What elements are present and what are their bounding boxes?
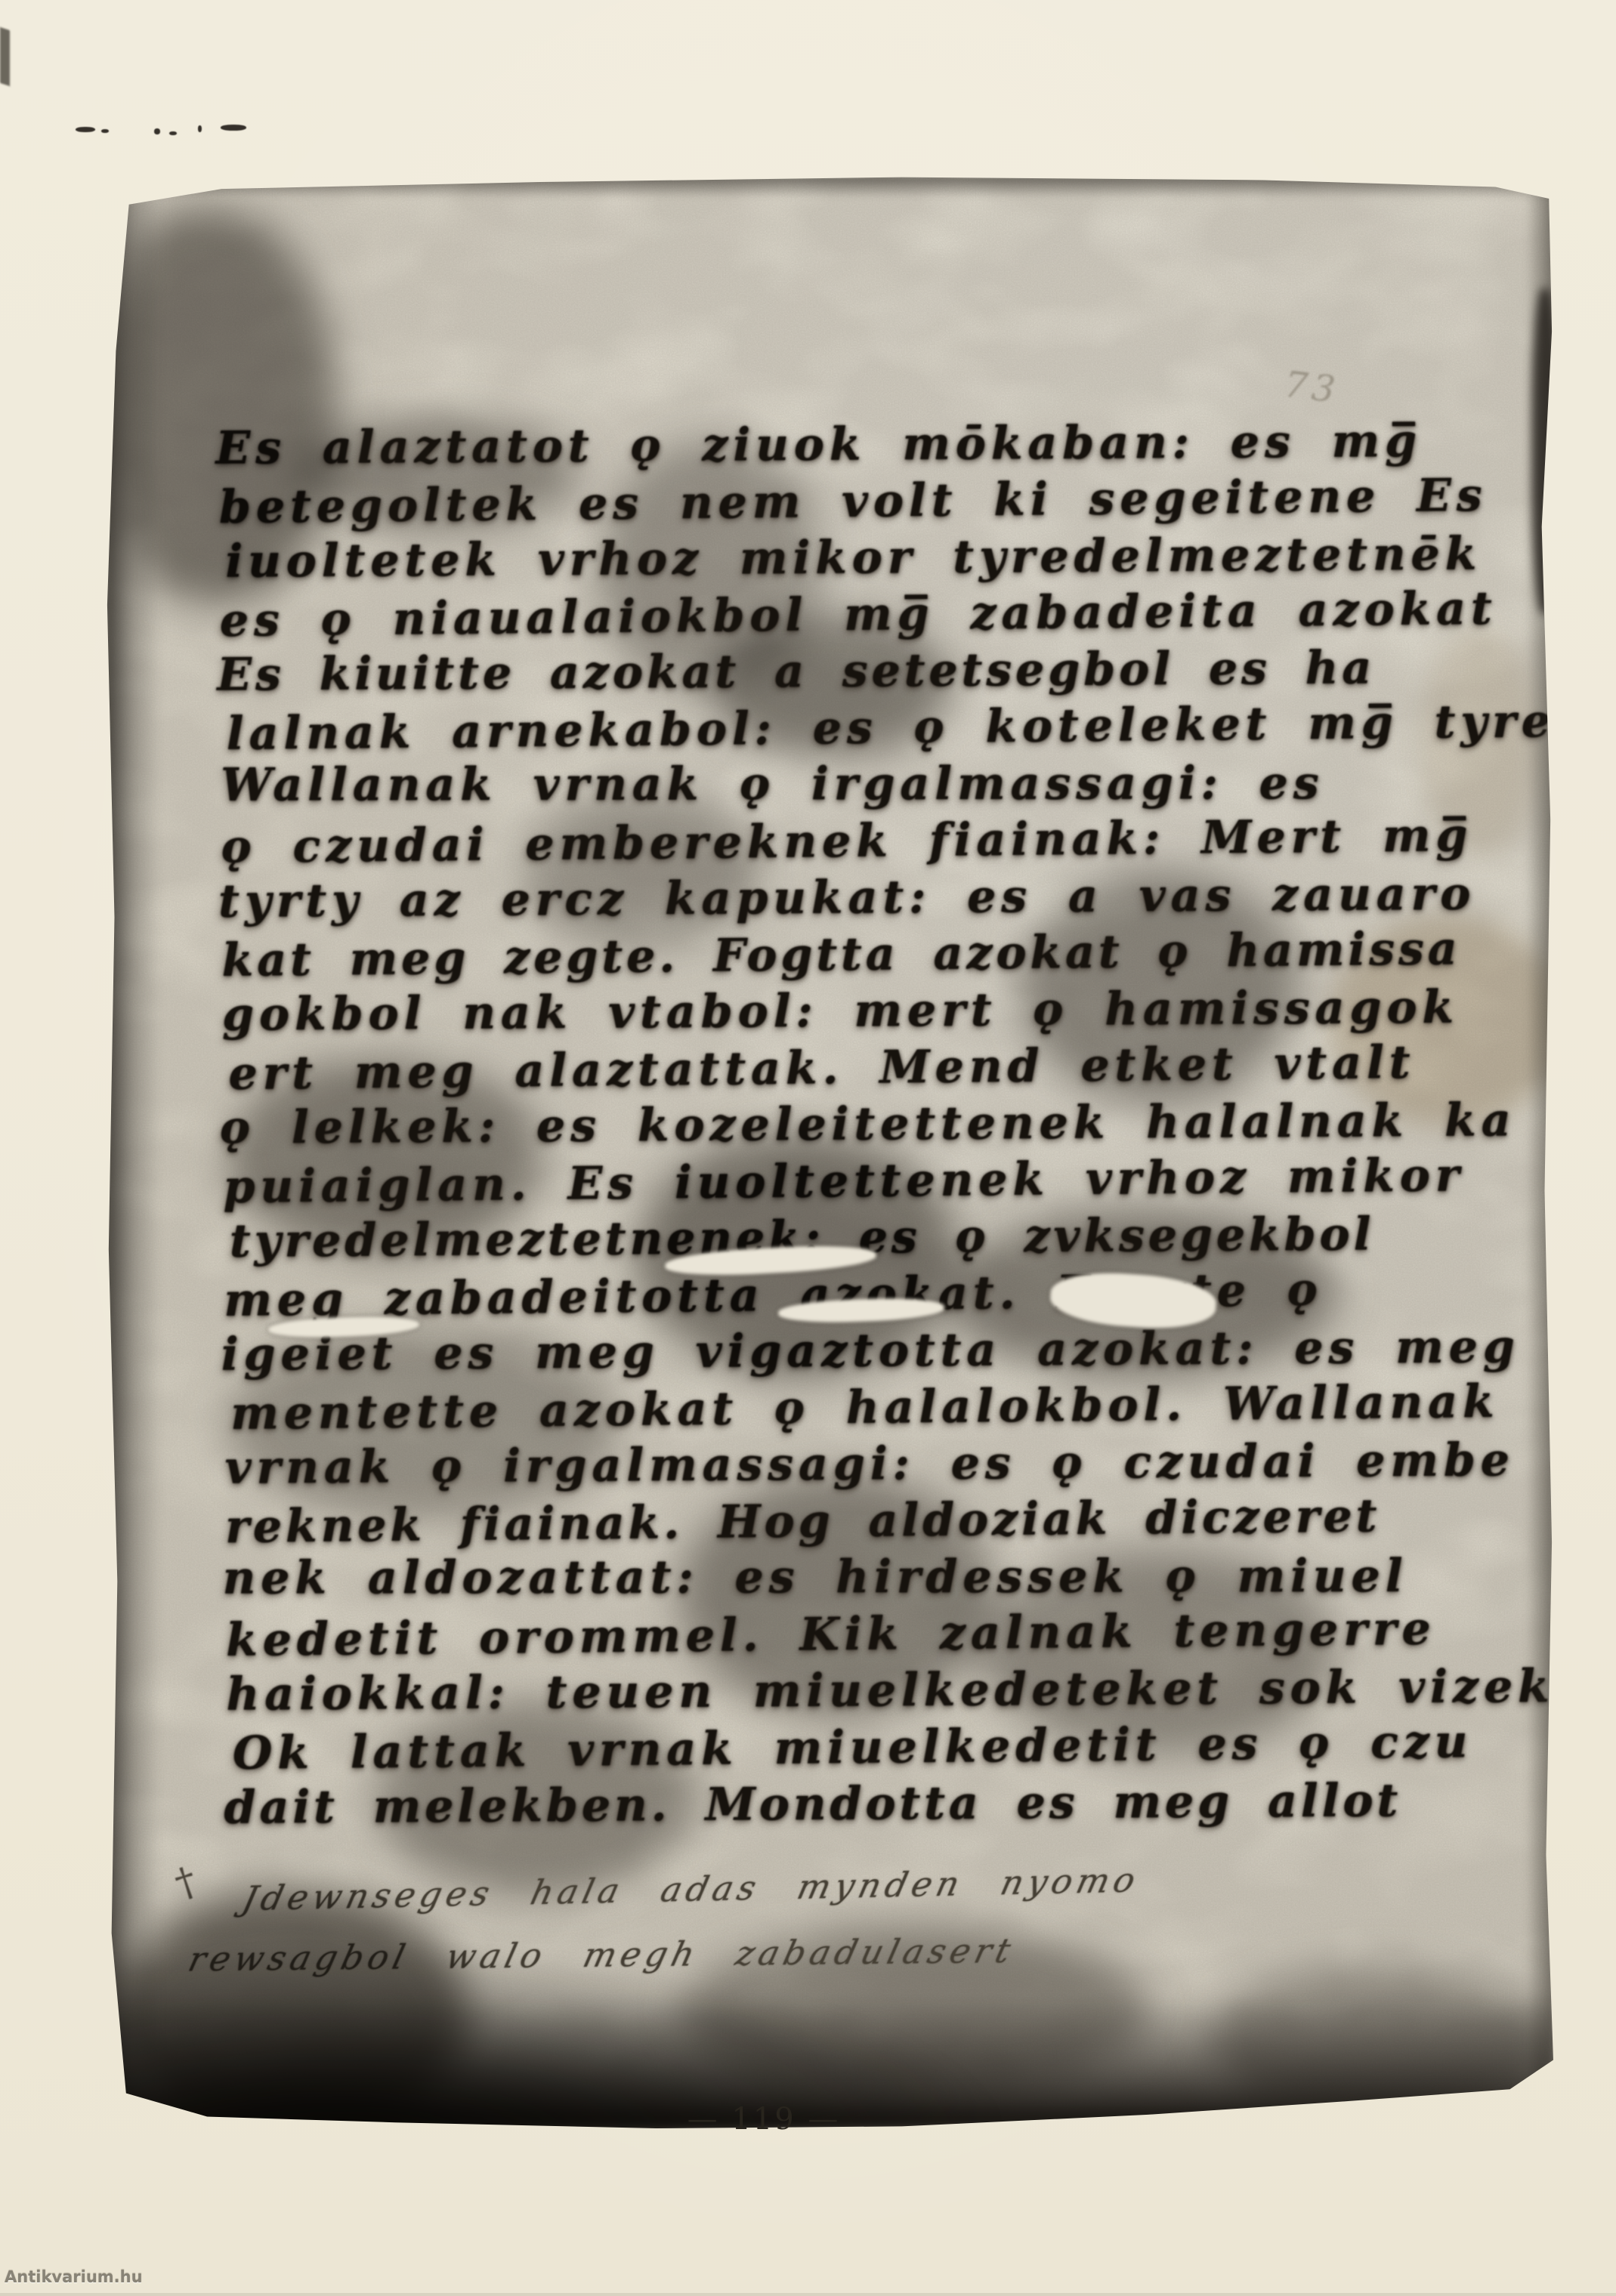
manuscript-line: haiokkal: teuen miuelkedeteket sok vizek…: [226, 1658, 1616, 1723]
manuscript-line: Ok lattak vrnak miuelkedetit es ǫ czu: [233, 1712, 1616, 1782]
folio-number: 73: [1282, 363, 1342, 412]
ink-speck: [198, 125, 202, 132]
photo-edge-top: [106, 175, 1553, 198]
ink-smudge: [1209, 1965, 1556, 2116]
manuscript-line: betegoltek es nem volt ki segeitene Es: [219, 466, 1616, 536]
ink-smudge: [113, 1890, 468, 2139]
marginal-note-line: rewsagbol walo megh zabadulasert: [184, 1930, 1018, 1979]
manuscript-line: Es kiuitte azokat a setetsegbol es ha: [217, 638, 1616, 703]
manuscript-line: tyrty az ercz kapukat: es a vas zauaro: [218, 865, 1616, 930]
marginal-note-line: Jdewnseges hala adas mynden nyomo: [239, 1860, 1144, 1919]
scan-edge: [0, 2293, 1616, 2296]
ink-speck: [169, 131, 177, 135]
manuscript-line: kat meg zegte. Fogtta azokat ǫ hamissa: [221, 919, 1616, 989]
manuscript-line: iuoltetek vrhoz mikor tyredelmeztetnēk: [225, 525, 1616, 590]
ink-speck: [221, 125, 246, 131]
manuscript-line: Es alaztatot ǫ ziuok mōkaban: es mg̅: [215, 412, 1616, 477]
photo-edge-left: [101, 175, 160, 2128]
manuscript-line: meg zabadeitotta azokat. Erezte ǫ: [224, 1259, 1616, 1329]
manuscript-line: tyredelmeztetnenek: es ǫ zvksegekbol: [230, 1205, 1616, 1270]
manuscript-line: ert meg alaztattak. Mend etket vtalt: [228, 1032, 1616, 1103]
manuscript-line: es ǫ niaualaiokbol mg̅ zabadeita azokat: [220, 579, 1616, 650]
ink-speck: [101, 129, 109, 133]
manuscript-photo: 73 Es alaztatot ǫ ziuok mōkaban: es mg̅b…: [106, 175, 1553, 2128]
manuscript-line: igeiet es meg vigaztotta azokat: es meg: [221, 1318, 1616, 1383]
manuscript-line: mentette azokat ǫ halalokbol. Wallanak: [230, 1372, 1616, 1443]
manuscript-line: reknek fiainak. Hog aldoziak diczeret: [225, 1486, 1616, 1556]
cross-mark: †: [169, 1858, 202, 1907]
manuscript-line: puiaiglan. Es iuoltettenek vrhoz mikor: [223, 1146, 1616, 1216]
manuscript-line: kedetit orommel. Kik zalnak tengerre: [226, 1599, 1616, 1669]
manuscript-line: Wallanak vrnak ǫ irgalmassagi: es: [221, 755, 1616, 813]
ink-speck: [76, 127, 95, 132]
manuscript-line: lalnak arnekabol: es ǫ koteleket mg̅ tyr…: [226, 693, 1616, 763]
manuscript-line: dait melekben. Mondotta es meg allot: [224, 1771, 1616, 1836]
ink-speck: [154, 128, 160, 134]
book-page: 73 Es alaztatot ǫ ziuok mōkaban: es mg̅b…: [0, 0, 1616, 2296]
manuscript-line: vrnak ǫ irgalmassagi: es ǫ czudai embe: [225, 1431, 1616, 1496]
page-number: — 119 —: [650, 2102, 877, 2137]
page-edge-mark: [0, 27, 10, 86]
manuscript-text: Es alaztatot ǫ ziuok mōkaban: es mg̅bete…: [218, 412, 1616, 1836]
watermark: Antikvarium.hu: [5, 2268, 143, 2286]
manuscript-line: nek aldozattat: es hirdessek ǫ miuel: [223, 1548, 1616, 1606]
manuscript-line: ǫ lelkek: es kozeleitettenek halalnak ka: [220, 1091, 1616, 1156]
manuscript-line: gokbol nak vtabol: mert ǫ hamissagok: [222, 978, 1616, 1043]
manuscript-line: ǫ czudai embereknek fiainak: Mert mg̅: [221, 806, 1616, 876]
